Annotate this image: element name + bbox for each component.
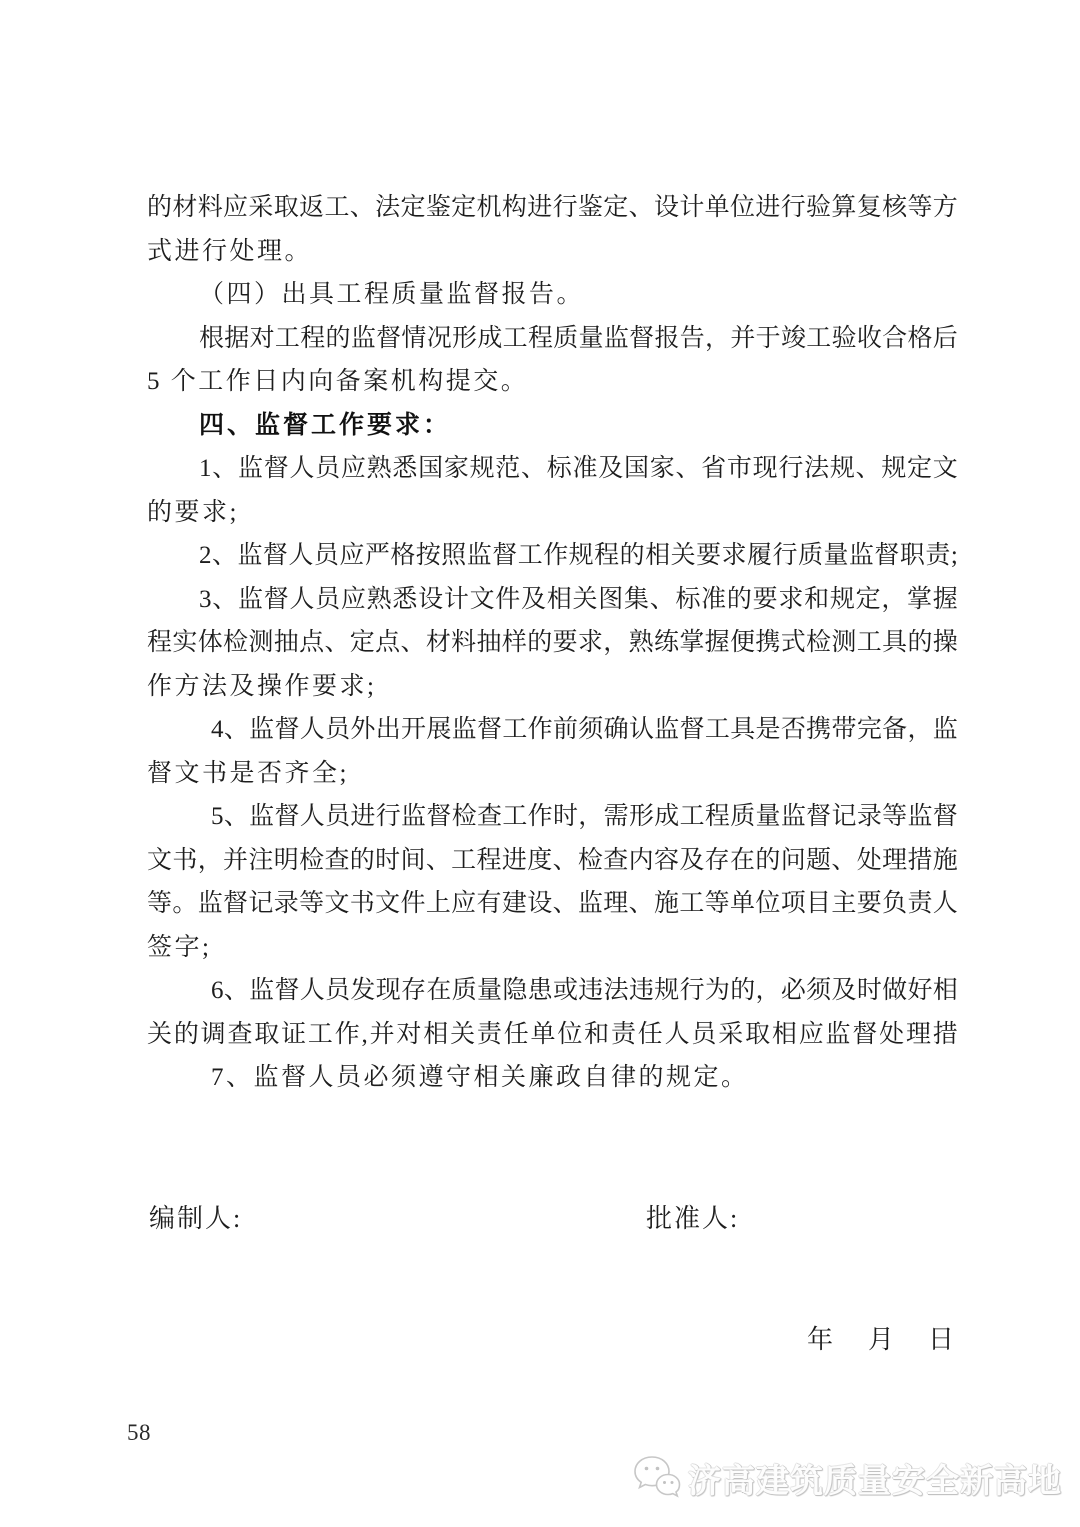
document-page: 的材料应采取返工、法定鉴定机构进行鉴定、设计单位进行验算复核等方 式进行处理。 … xyxy=(0,0,1080,1527)
text-line: 的材料应采取返工、法定鉴定机构进行鉴定、设计单位进行验算复核等方 xyxy=(147,186,958,230)
text-line: 文书，并注明检查的时间、工程进度、检查内容及存在的问题、处理措施 xyxy=(147,839,958,883)
text-line: （四）出具工程质量监督报告。 xyxy=(147,273,958,317)
page-number: 58 xyxy=(127,1420,151,1446)
text-line: 等。监督记录等文书文件上应有建设、监理、施工等单位项目主要负责人 xyxy=(147,882,958,926)
text-line: 作方法及操作要求; xyxy=(147,665,958,709)
text-line: 的要求; xyxy=(147,491,958,535)
signature-row: 编制人: 批准人: xyxy=(147,1198,958,1242)
text-line: 6、监督人员发现存在质量隐患或违法违规行为的，必须及时做好相 xyxy=(147,969,958,1013)
section-heading: 四、监督工作要求： xyxy=(147,404,958,448)
text-line: 7、监督人员必须遵守相关廉政自律的规定。 xyxy=(147,1056,958,1100)
watermark: 济高建筑质量安全新高地 xyxy=(632,1452,1062,1504)
text-line: 4、监督人员外出开展监督工作前须确认监督工具是否携带完备，监 xyxy=(147,708,958,752)
text-line: 1、监督人员应熟悉国家规范、标准及国家、省市现行法规、规定文件 xyxy=(147,447,958,491)
approver-label: 批准人: xyxy=(646,1198,739,1235)
preparer-label: 编制人: xyxy=(149,1198,242,1235)
text-line: 3、监督人员应熟悉设计文件及相关图集、标准的要求和规定，掌握工 xyxy=(147,578,958,622)
watermark-text: 济高建筑质量安全新高地 xyxy=(688,1455,1062,1502)
text-line: 式进行处理。 xyxy=(147,230,958,274)
wechat-icon xyxy=(632,1454,682,1502)
text-line: 签字; xyxy=(147,926,958,970)
date-month-label: 月 xyxy=(868,1319,894,1356)
date-year-label: 年 xyxy=(807,1319,833,1356)
text-line: 关的调查取证工作,并对相关责任单位和责任人员采取相应监督处理措施。 xyxy=(147,1013,958,1057)
date-row: 年 月 日 xyxy=(147,1319,958,1363)
text-line: 根据对工程的监督情况形成工程质量监督报告，并于竣工验收合格后 xyxy=(147,317,958,361)
text-line: 督文书是否齐全; xyxy=(147,752,958,796)
document-body: 的材料应采取返工、法定鉴定机构进行鉴定、设计单位进行验算复核等方 式进行处理。 … xyxy=(147,186,958,1363)
date-day-label: 日 xyxy=(928,1319,954,1356)
text-line: 2、监督人员应严格按照监督工作规程的相关要求履行质量监督职责; xyxy=(147,534,958,578)
text-line: 5、监督人员进行监督检查工作时，需形成工程质量监督记录等监督 xyxy=(147,795,958,839)
text-line: 程实体检测抽点、定点、材料抽样的要求，熟练掌握便携式检测工具的操 xyxy=(147,621,958,665)
text-line: 5 个工作日内向备案机构提交。 xyxy=(147,360,958,404)
